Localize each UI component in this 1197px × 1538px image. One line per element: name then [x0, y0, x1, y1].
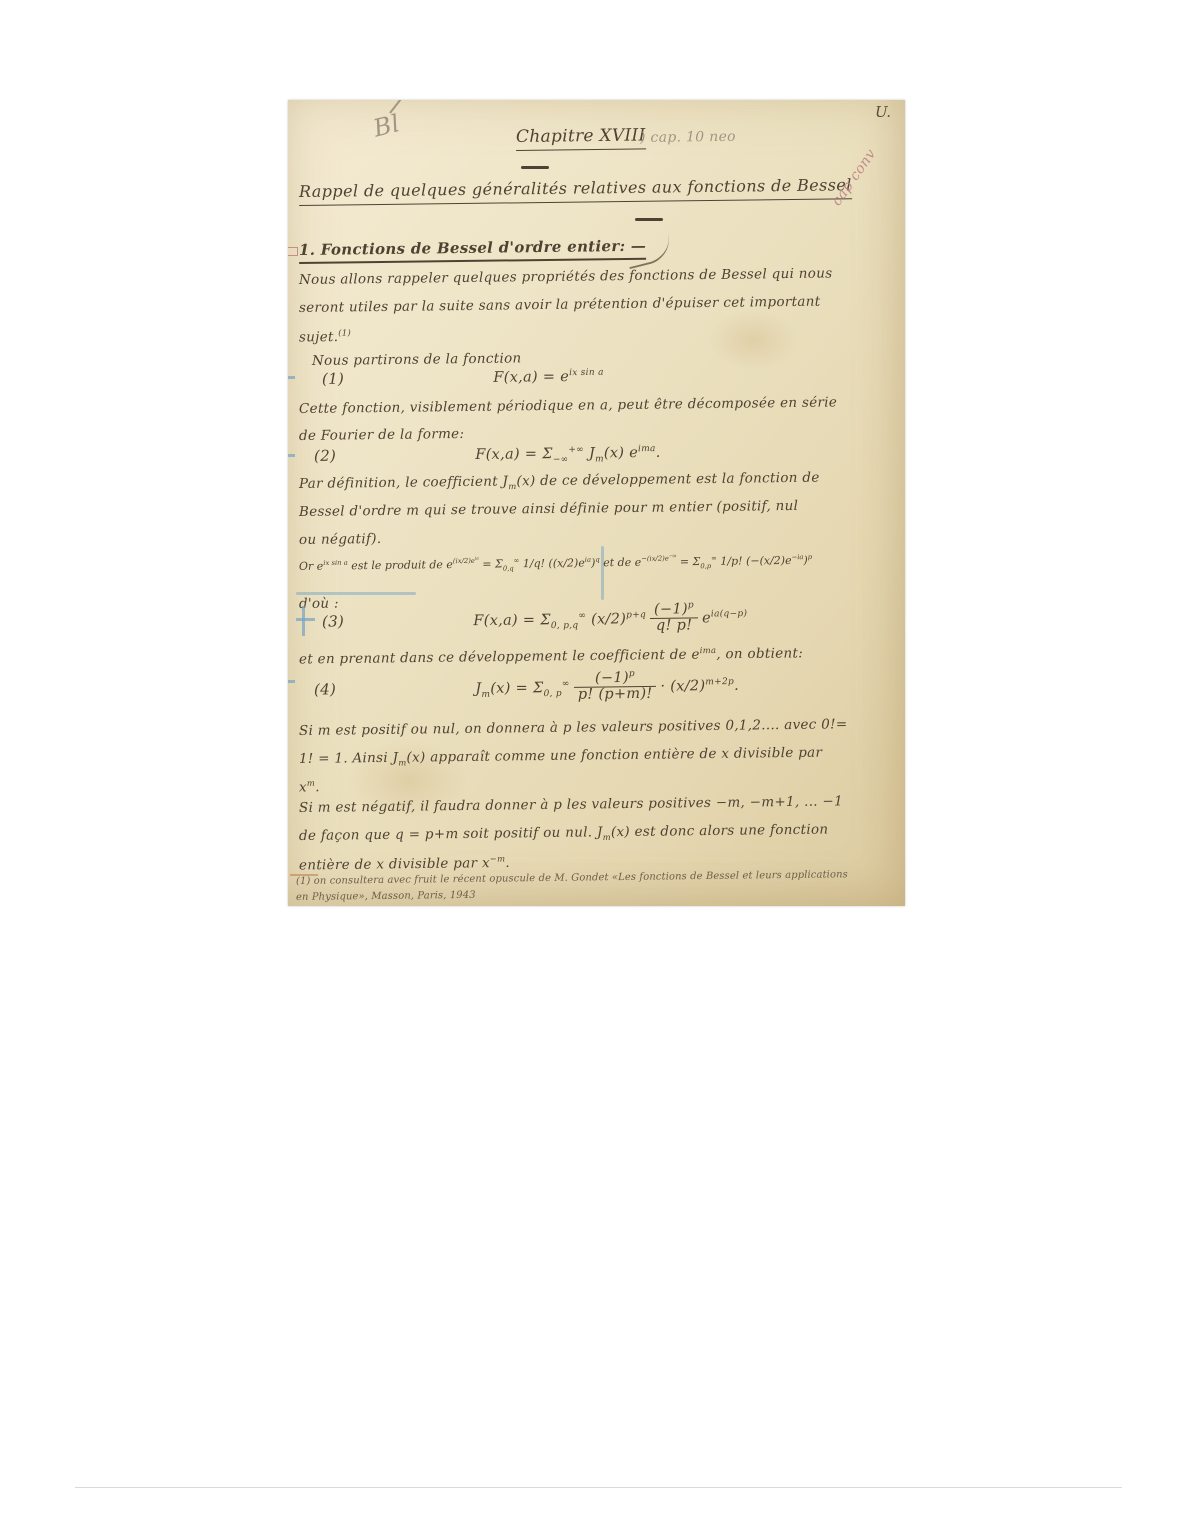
text-line: ou négatif).	[299, 531, 382, 549]
equation-3: (3) F(x,a) = Σ0, p,q∞ (x/2)p+q(−1)pq! p!…	[322, 601, 748, 639]
fraction-denominator: q! p!	[650, 619, 698, 635]
equation-label: (3)	[322, 612, 344, 630]
blue-margin-mark	[288, 364, 297, 394]
section-title: 1. Fonctions de Bessel d'ordre entier: —	[299, 237, 646, 264]
text-line: sujet.(1)	[299, 327, 351, 346]
fraction-numerator: (−1)p	[650, 601, 698, 619]
text-line: Or eix sin a est le produit de e(ix/2)ei…	[299, 552, 812, 576]
text-line: de Fourier de la forme:	[299, 426, 464, 445]
blue-horizontal-stroke	[296, 592, 416, 595]
page-corner-mark: U.	[875, 103, 891, 121]
text-line: Par définition, le coefficient Jm(x) de …	[299, 470, 820, 495]
equation-gap	[349, 382, 489, 384]
equation-part: eia(q−p)	[702, 609, 747, 626]
equation-formula: F(x,a) = eix sin a	[493, 369, 604, 386]
fraction: (−1)pq! p!	[650, 601, 698, 635]
page-heading: Rappel de quelques généralités relatives…	[299, 175, 852, 206]
equation-part: · (x/2)m+2p.	[660, 677, 739, 694]
equation-2: (2) F(x,a) = Σ−∞+∞ Jm(x) eima.	[314, 443, 661, 469]
pencil-initials: Bl	[370, 108, 402, 143]
text-line: xm.	[299, 778, 320, 797]
equation-formula: F(x,a) = Σ−∞+∞ Jm(x) eima.	[475, 445, 660, 463]
blue-margin-mark	[288, 442, 297, 472]
equation-gap	[341, 693, 471, 695]
manuscript-page: U. Bl Chapitre XVIII ) cap. 10 neo Rappe…	[288, 100, 905, 906]
text-line: entière de x divisible par x−m.	[299, 853, 510, 874]
equation-formula: Jm(x) = Σ0, p∞(−1)pp! (p+m)!· (x/2)m+2p.	[475, 677, 739, 696]
paper-stain	[708, 310, 798, 370]
chapter-pencil-note: ) cap. 10 neo	[640, 129, 736, 148]
separator-dash	[635, 218, 663, 221]
text-line: Si m est positif ou nul, on donnera à p …	[299, 716, 848, 740]
equation-gap	[341, 459, 471, 461]
equation-4: (4) Jm(x) = Σ0, p∞(−1)pp! (p+m)!· (x/2)m…	[314, 669, 739, 707]
chapter-title: Chapitre XVIII	[516, 125, 646, 151]
fraction: (−1)pp! (p+m)!	[573, 670, 656, 704]
equation-1: (1) F(x,a) = eix sin a	[322, 367, 604, 390]
text-line: de façon que q = p+m soit positif ou nul…	[299, 822, 829, 847]
text-line: Cette fonction, visiblement périodique e…	[299, 394, 837, 417]
equation-label: (2)	[314, 447, 336, 465]
red-margin-mark	[288, 247, 298, 256]
blue-margin-mark	[302, 606, 317, 636]
equation-label: (4)	[314, 680, 336, 698]
separator-dash	[521, 166, 549, 169]
equation-part: F(x,a) = Σ0, p,q∞ (x/2)p+q	[473, 611, 646, 629]
equation-label: (1)	[322, 370, 344, 388]
bottom-divider	[75, 1487, 1122, 1488]
equation-gap	[349, 625, 469, 626]
text-line: Nous allons rappeler quelques propriétés…	[299, 265, 833, 288]
text-line: et en prenant dans ce développement le c…	[299, 644, 803, 669]
fraction-denominator: p! (p+m)!	[574, 687, 657, 704]
text-line: Bessel d'ordre m qui se trouve ainsi déf…	[299, 498, 798, 521]
footnote-line: en Physique», Masson, Paris, 1943	[296, 890, 476, 905]
blue-margin-mark	[288, 668, 297, 698]
equation-formula: F(x,a) = Σ0, p,q∞ (x/2)p+q(−1)pq! p!eia(…	[473, 609, 747, 628]
equation-part: Jm(x) = Σ0, p∞	[475, 679, 570, 696]
